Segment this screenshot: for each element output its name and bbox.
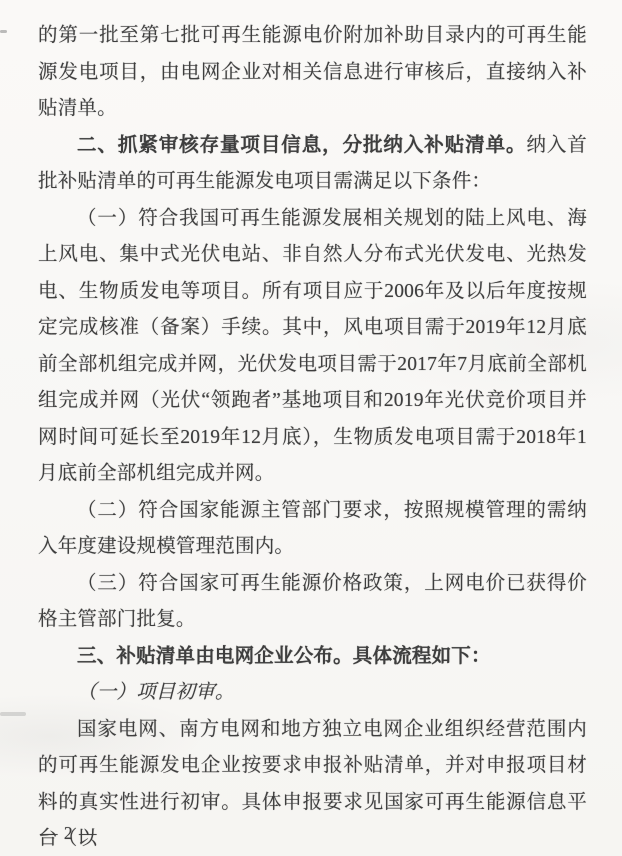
section-3-heading: 三、补贴清单由电网企业公布。具体流程如下：: [38, 639, 587, 676]
condition-item-2: （二）符合国家能源主管部门要求，按照规模管理的需纳入年度建设规模管理范围内。: [38, 493, 587, 566]
scan-artifact: [0, 30, 7, 33]
condition-item-3: （三）符合国家可再生能源价格政策，上网电价已获得价格主管部门批复。: [38, 566, 587, 639]
body-paragraph-continuation: 的第一批至第七批可再生能源电价附加补助目录内的可再生能源发电项目，由电网企业对相…: [38, 18, 587, 128]
scan-artifact: [0, 712, 26, 716]
page-number: — 2 —: [40, 823, 98, 844]
document-page: 的第一批至第七批可再生能源电价附加补助目录内的可再生能源发电项目，由电网企业对相…: [0, 0, 622, 856]
document-body: 的第一批至第七批可再生能源电价附加补助目录内的可再生能源发电项目，由电网企业对相…: [38, 18, 587, 856]
section-2-paragraph: 二、抓紧审核存量项目信息，分批纳入补贴清单。纳入首批补贴清单的可再生能源发电项目…: [38, 128, 587, 201]
condition-item-1: （一）符合我国可再生能源发展相关规划的陆上风电、海上风电、集中式光伏电站、非自然…: [38, 201, 587, 493]
body-paragraph-initial-review: 国家电网、南方电网和地方独立电网企业组织经营范围内的可再生能源发电企业按要求申报…: [38, 712, 587, 856]
subsection-1-title: （一）项目初审。: [38, 675, 587, 712]
section-2-heading: 二、抓紧审核存量项目信息，分批纳入补贴清单。: [77, 135, 526, 156]
